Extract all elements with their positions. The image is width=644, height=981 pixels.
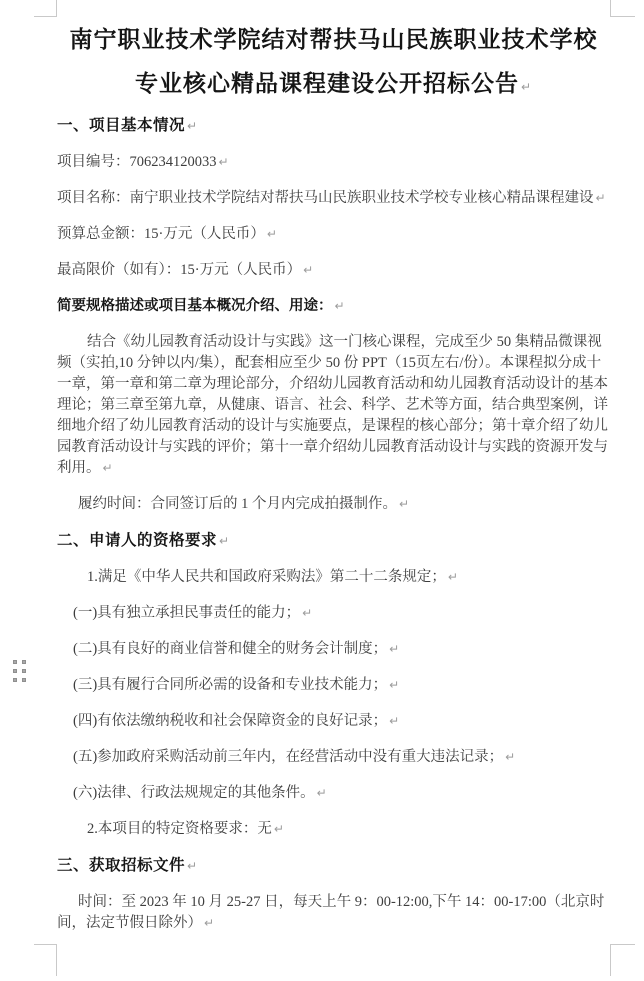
qualification-sub-item-4: (四)有依法缴纳税收和社会保障资金的良好记录；↵ xyxy=(73,711,610,732)
field-text: 最高限价（如有）：15·万元（人民币） xyxy=(57,262,301,278)
section-heading-obtain-documents: 三、获取招标文件↵ xyxy=(57,855,610,877)
label-text: 简要规格描述或项目基本概况介绍、用途： xyxy=(57,298,333,314)
paragraph-text: 结合《幼儿园教育活动设计与实践》这一门核心课程，完成至少 50 集精品微课视频（… xyxy=(57,334,608,476)
paragraph-course-description: 结合《幼儿园教育活动设计与实践》这一门核心课程，完成至少 50 集精品微课视频（… xyxy=(57,332,610,479)
section-heading-applicant-qualification: 二、申请人的资格要求↵ xyxy=(57,530,610,552)
paragraph-mark: ↵ xyxy=(103,461,113,475)
paragraph-mark: ↵ xyxy=(389,678,399,692)
field-max-price: 最高限价（如有）：15·万元（人民币）↵ xyxy=(57,260,610,281)
paragraph-mark: ↵ xyxy=(399,497,409,511)
paragraph-mark: ↵ xyxy=(389,714,399,728)
qualification-item-2: 2.本项目的特定资格要求：无↵ xyxy=(87,819,610,840)
paragraph-mark: ↵ xyxy=(219,155,229,169)
item-text: (三)具有履行合同所必需的设备和专业技术能力； xyxy=(73,677,387,693)
paragraph-mark: ↵ xyxy=(521,80,532,94)
qualification-sub-item-3: (三)具有履行合同所必需的设备和专业技术能力；↵ xyxy=(73,675,610,696)
item-text: 2.本项目的特定资格要求：无 xyxy=(87,821,272,837)
section-heading-basic-info: 一、项目基本情况↵ xyxy=(57,115,610,137)
paragraph-mark: ↵ xyxy=(335,299,345,313)
paragraph-mark: ↵ xyxy=(505,750,515,764)
document-page: 南宁职业技术学院结对帮扶马山民族职业技术学校 专业核心精品课程建设公开招标公告↵… xyxy=(0,0,644,981)
paragraph-mark: ↵ xyxy=(303,263,313,277)
qualification-sub-item-2: (二)具有良好的商业信誉和健全的财务会计制度；↵ xyxy=(73,639,610,660)
item-text: (五)参加政府采购活动前三年内，在经营活动中没有重大违法记录； xyxy=(73,749,503,765)
drag-grip-icon[interactable] xyxy=(13,660,26,682)
qualification-sub-item-6: (六)法律、行政法规规定的其他条件。↵ xyxy=(73,783,610,804)
page-title-line-2-text: 专业核心精品课程建设公开招标公告 xyxy=(135,71,519,96)
page-title: 南宁职业技术学院结对帮扶马山民族职业技术学校 专业核心精品课程建设公开招标公告↵ xyxy=(57,18,610,109)
paragraph-performance-time: 履约时间：合同签订后的 1 个月内完成拍摄制作。↵ xyxy=(57,494,610,515)
paragraph-mark: ↵ xyxy=(302,606,312,620)
text-boundary-mark-bottom-left xyxy=(34,944,57,976)
qualification-sub-item-1: (一)具有独立承担民事责任的能力；↵ xyxy=(73,603,610,624)
qualification-sub-item-5: (五)参加政府采购活动前三年内，在经营活动中没有重大违法记录；↵ xyxy=(73,747,610,768)
field-text: 预算总金额：15·万元（人民币） xyxy=(57,226,265,242)
item-text: (一)具有独立承担民事责任的能力； xyxy=(73,605,300,621)
label-spec-description: 简要规格描述或项目基本概况介绍、用途：↵ xyxy=(57,296,610,317)
item-text: 1.满足《中华人民共和国政府采购法》第二十二条规定； xyxy=(87,569,446,585)
paragraph-mark: ↵ xyxy=(317,786,327,800)
paragraph-mark: ↵ xyxy=(448,570,458,584)
paragraph-mark: ↵ xyxy=(219,534,230,548)
page-title-line-2: 专业核心精品课程建设公开招标公告↵ xyxy=(57,62,610,109)
paragraph-mark: ↵ xyxy=(204,916,214,930)
field-budget-total: 预算总金额：15·万元（人民币）↵ xyxy=(57,224,610,245)
heading-text: 二、申请人的资格要求 xyxy=(57,532,217,549)
paragraph-mark: ↵ xyxy=(389,642,399,656)
document-content: 南宁职业技术学院结对帮扶马山民族职业技术学校 专业核心精品课程建设公开招标公告↵… xyxy=(57,16,610,949)
field-text: 项目编号：706234120033 xyxy=(57,154,217,170)
paragraph-mark: ↵ xyxy=(187,859,198,873)
item-text: (六)法律、行政法规规定的其他条件。 xyxy=(73,785,315,801)
heading-text: 三、获取招标文件 xyxy=(57,857,185,874)
paragraph-mark: ↵ xyxy=(274,822,284,836)
heading-text: 一、项目基本情况 xyxy=(57,117,185,134)
paragraph-text: 履约时间：合同签订后的 1 个月内完成拍摄制作。 xyxy=(78,496,397,512)
item-text: (二)具有良好的商业信誉和健全的财务会计制度； xyxy=(73,641,387,657)
paragraph-mark: ↵ xyxy=(596,191,606,205)
paragraph-obtain-time: 时间：至 2023 年 10 月 25-27 日，每天上午 9：00-12:00… xyxy=(57,892,610,934)
paragraph-mark: ↵ xyxy=(267,227,277,241)
qualification-item-1: 1.满足《中华人民共和国政府采购法》第二十二条规定；↵ xyxy=(87,567,610,588)
page-title-line-1: 南宁职业技术学院结对帮扶马山民族职业技术学校 xyxy=(57,18,610,62)
paragraph-text: 时间：至 2023 年 10 月 25-27 日，每天上午 9：00-12:00… xyxy=(57,894,604,931)
paragraph-mark: ↵ xyxy=(187,119,198,133)
field-project-number: 项目编号：706234120033↵ xyxy=(57,152,610,173)
text-boundary-mark-bottom-right xyxy=(610,944,635,976)
field-project-name: 项目名称：南宁职业技术学院结对帮扶马山民族职业技术学校专业核心精品课程建设↵ xyxy=(57,188,610,209)
text-boundary-mark-top-left xyxy=(34,0,57,17)
text-boundary-mark-top-right xyxy=(610,0,635,17)
field-text: 项目名称：南宁职业技术学院结对帮扶马山民族职业技术学校专业核心精品课程建设 xyxy=(57,190,594,206)
item-text: (四)有依法缴纳税收和社会保障资金的良好记录； xyxy=(73,713,387,729)
